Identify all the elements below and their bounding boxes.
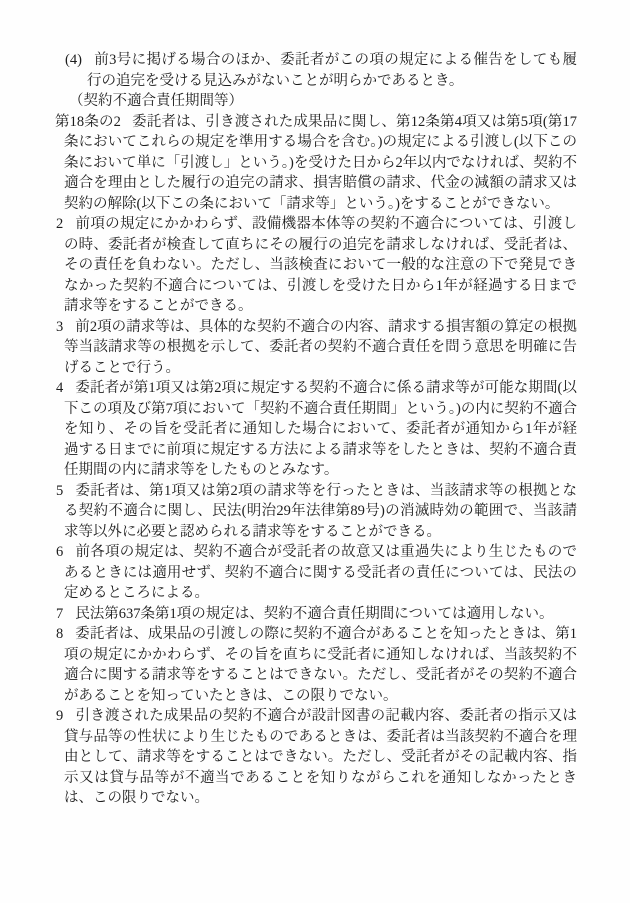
paragraph-5: 5委託者は、第1項又は第2項の請求等を行ったときは、当該請求等の根拠となる契約不…	[0, 481, 577, 543]
paragraph-4: 4委託者が第1項又は第2項に規定する契約不適合に係る請求等が可能な期間(以下この…	[0, 378, 577, 481]
paragraph-3-text: 前2項の請求等は、具体的な契約不適合の内容、請求する損害額の算定の根拠等当該請求…	[64, 319, 577, 376]
article-18-2-text: 委託者は、引き渡された成果品に関し、第12条第4項又は第5項(第17条においてこ…	[64, 114, 577, 212]
paragraph-6-number: 6	[56, 544, 63, 560]
clause-item-4-number: (4)	[65, 52, 82, 68]
paragraph-4-number: 4	[56, 380, 63, 396]
clause-item-4: (4)前3号に掲げる場合のほか、委託者がこの項の規定による催告をしても履行の追完…	[0, 50, 577, 91]
paragraph-6: 6前各項の規定は、契約不適合が受託者の故意又は重過失により生じたものであるときに…	[0, 542, 577, 604]
paragraph-2-text: 前項の規定にかかわらず、設備機器本体等の契約不適合については、引渡しの時、委託者…	[64, 216, 577, 314]
paragraph-7: 7民法第637条第1項の規定は、契約不適合責任期間については適用しない。	[0, 604, 577, 625]
paragraph-9: 9引き渡された成果品の契約不適合が設計図書の記載内容、委託者の指示又は貸与品等の…	[0, 706, 577, 809]
paragraph-7-number: 7	[56, 606, 63, 622]
paragraph-2: 2前項の規定にかかわらず、設備機器本体等の契約不適合については、引渡しの時、委託…	[0, 214, 577, 317]
paragraph-5-text: 委託者は、第1項又は第2項の請求等を行ったときは、当該請求等の根拠となる契約不適…	[64, 483, 577, 540]
paragraph-9-number: 9	[56, 708, 63, 724]
paragraph-2-number: 2	[56, 216, 63, 232]
section-heading-text: （契約不適合責任期間等）	[69, 93, 243, 109]
paragraph-4-text: 委託者が第1項又は第2項に規定する契約不適合に係る請求等が可能な期間(以下この項…	[64, 380, 577, 478]
paragraph-5-number: 5	[56, 483, 63, 499]
paragraph-8-number: 8	[56, 626, 63, 642]
paragraph-3-number: 3	[56, 319, 63, 335]
clause-item-4-text: 前3号に掲げる場合のほか、委託者がこの項の規定による催告をしても履行の追完を受け…	[87, 52, 577, 89]
paragraph-3: 3前2項の請求等は、具体的な契約不適合の内容、請求する損害額の算定の根拠等当該請…	[0, 317, 577, 379]
document-body: (4)前3号に掲げる場合のほか、委託者がこの項の規定による催告をしても履行の追完…	[0, 50, 577, 809]
paragraph-9-text: 引き渡された成果品の契約不適合が設計図書の記載内容、委託者の指示又は貸与品等の性…	[64, 708, 577, 806]
paragraph-7-text: 民法第637条第1項の規定は、契約不適合責任期間については適用しない。	[75, 606, 553, 622]
paragraph-8: 8委託者は、成果品の引渡しの際に契約不適合があることを知ったときは、第1項の規定…	[0, 624, 577, 706]
paragraph-8-text: 委託者は、成果品の引渡しの際に契約不適合があることを知ったときは、第1項の規定に…	[64, 626, 577, 704]
section-heading: （契約不適合責任期間等）	[0, 91, 577, 112]
document-page: (4)前3号に掲げる場合のほか、委託者がこの項の規定による催告をしても履行の追完…	[0, 0, 630, 903]
article-18-2-number: 第18条の2	[55, 114, 121, 130]
paragraph-6-text: 前各項の規定は、契約不適合が受託者の故意又は重過失により生じたものであるときには…	[64, 544, 577, 601]
article-18-2: 第18条の2委託者は、引き渡された成果品に関し、第12条第4項又は第5項(第17…	[0, 112, 577, 215]
